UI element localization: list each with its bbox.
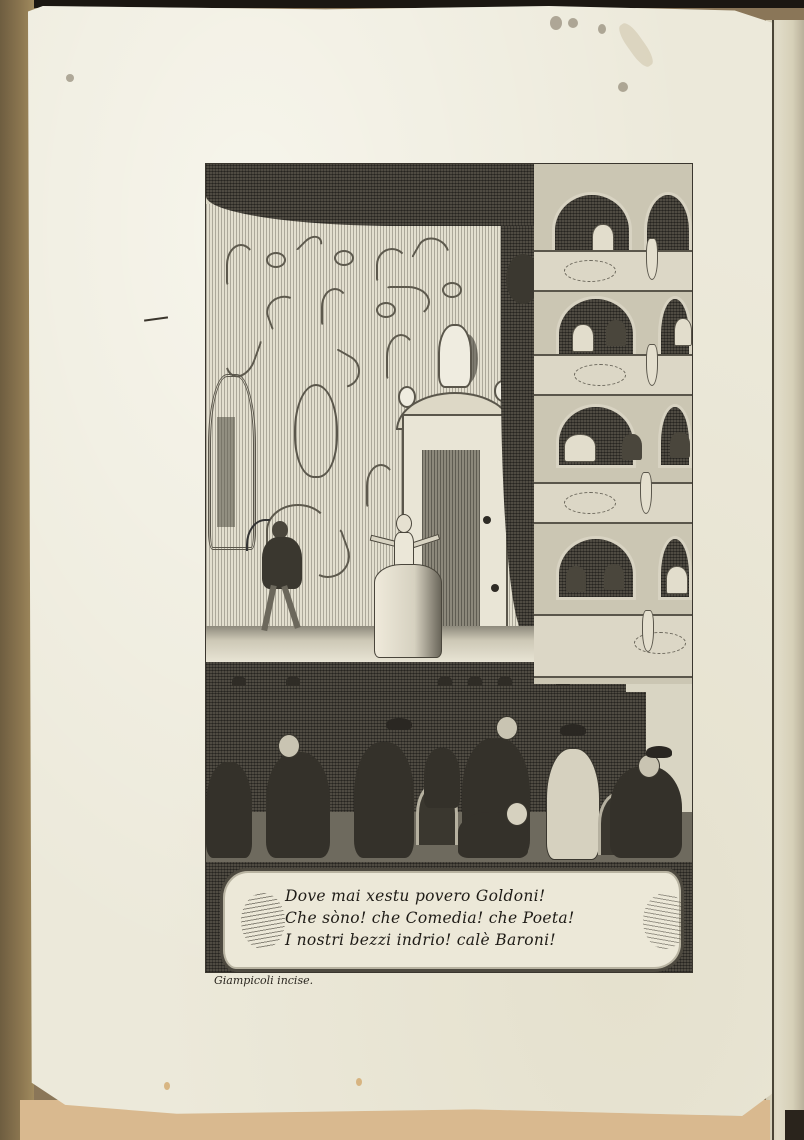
- patron-head: [496, 716, 518, 740]
- box-bracket: [646, 344, 658, 386]
- foxing-spot: [66, 74, 74, 82]
- rococo-flourish: [386, 286, 430, 318]
- decorative-urn: [438, 324, 472, 388]
- scroll-swirl-right: [643, 893, 687, 949]
- box-spectator: [622, 434, 642, 460]
- foxing-spot: [550, 16, 562, 30]
- pit-patron-cloaked: [546, 748, 600, 860]
- rococo-flourish: [386, 334, 416, 380]
- box-spectator: [606, 320, 626, 346]
- box-spectator: [572, 324, 594, 352]
- rococo-flourish: [320, 348, 366, 394]
- box-spectator: [670, 432, 690, 458]
- box-bracket: [646, 238, 658, 280]
- water-stain: [615, 20, 657, 70]
- box-spectator: [566, 566, 586, 592]
- foxing-spot: [598, 24, 606, 34]
- caption-cartouche: Dove mai xestu povero Goldoni! Che sòno!…: [206, 862, 692, 972]
- patron-head: [506, 802, 528, 826]
- box-parapet: [534, 354, 692, 396]
- pit-patron-pointing: [354, 742, 414, 858]
- actor-cloak: [262, 537, 302, 589]
- caption-line-2: Che sòno! che Comedia! che Poeta!: [285, 907, 645, 929]
- patron-hat: [386, 718, 412, 730]
- rococo-flourish: [411, 232, 455, 275]
- engraver-signature: Giampicoli incise.: [214, 974, 313, 987]
- rosette-ornament: [334, 250, 354, 266]
- pit-patron: [266, 752, 330, 858]
- rosette-ornament: [442, 282, 462, 298]
- rust-spot: [164, 1082, 170, 1090]
- actor-leg: [281, 585, 300, 629]
- parapet-cartouche: [564, 492, 616, 514]
- box-bracket: [640, 472, 652, 514]
- box-spectator: [592, 224, 614, 252]
- parapet-cartouche: [564, 260, 616, 282]
- parapet-cartouche: [574, 364, 626, 386]
- box-bracket: [642, 610, 654, 652]
- box-spectator: [666, 566, 688, 594]
- door-knob: [483, 516, 491, 524]
- patron-hat: [646, 746, 672, 758]
- box-spectator-pointing: [564, 434, 596, 462]
- box-spectator: [674, 318, 692, 346]
- actress-in-gown: [366, 514, 446, 659]
- scroll-swirl-left: [241, 893, 285, 949]
- rococo-flourish: [376, 248, 408, 282]
- page-fold-line: [772, 20, 774, 1140]
- actress-arm: [412, 534, 440, 548]
- margin-mark: [144, 316, 168, 321]
- theatre-pit: [206, 662, 692, 862]
- pit-patron: [424, 748, 460, 808]
- rococo-flourish: [366, 464, 396, 508]
- theatre-boxes: [534, 164, 692, 684]
- foxing-spot: [618, 82, 628, 92]
- patron-hat: [560, 724, 586, 736]
- pit-patron: [206, 762, 252, 858]
- caption-scroll: Dove mai xestu povero Goldoni! Che sòno!…: [220, 868, 684, 972]
- rococo-flourish: [262, 291, 304, 331]
- patron-head: [278, 734, 300, 758]
- engraving-plate: Dove mai xestu povero Goldoni! Che sòno!…: [206, 164, 692, 972]
- caption-line-1: Dove mai xestu povero Goldoni!: [285, 885, 645, 907]
- scanner-corner: [785, 1110, 804, 1140]
- rust-spot: [356, 1078, 362, 1086]
- rosette-ornament: [266, 252, 286, 268]
- rococo-flourish: [226, 244, 256, 286]
- rococo-flourish: [321, 288, 349, 326]
- actress-head: [396, 514, 412, 533]
- wall-sconce: [294, 384, 338, 478]
- box-parapet: [534, 250, 692, 292]
- box-parapet: [534, 482, 692, 524]
- caption-line-3: I nostri bezzi indrio! calè Baroni!: [285, 929, 645, 951]
- actress-skirt: [374, 564, 442, 658]
- diamond-ornament: [295, 231, 326, 262]
- box-spectator: [604, 564, 624, 590]
- caption-verse: Dove mai xestu povero Goldoni! Che sòno!…: [285, 885, 645, 951]
- door-knob: [491, 584, 499, 592]
- actor-leg: [261, 585, 276, 631]
- scanner-edge: [0, 0, 804, 8]
- pit-patron: [610, 766, 682, 858]
- mirror-shading: [217, 417, 235, 527]
- foxing-spot: [568, 18, 578, 28]
- actor-masked-man: [246, 519, 316, 639]
- actress-bodice: [394, 532, 414, 568]
